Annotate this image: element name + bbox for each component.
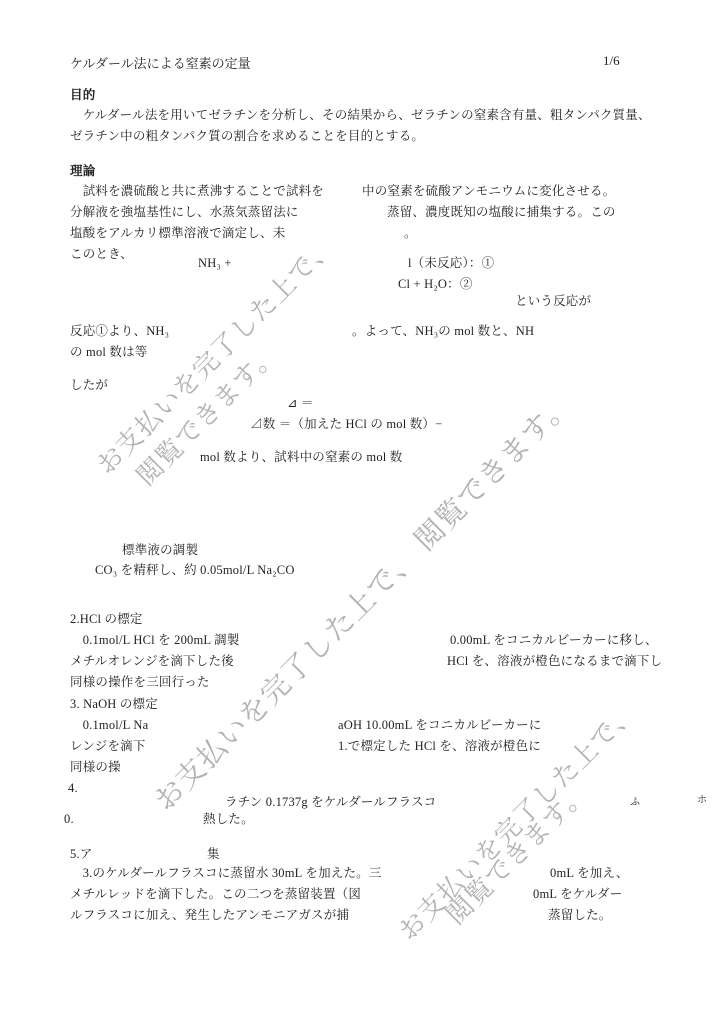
text-fragment: 標準液の調製 bbox=[122, 543, 198, 559]
text-fragment: したが bbox=[70, 378, 108, 394]
text-fragment: 0.00mL をコニカルビーカーに移し、 bbox=[450, 633, 658, 649]
text-fragment: 同様の操 bbox=[70, 760, 121, 776]
page-number: 1/6 bbox=[603, 53, 620, 69]
text-fragment: 理論 bbox=[70, 164, 95, 180]
text-fragment: ラチン 0.1737g をケルダールフラスコ bbox=[225, 795, 436, 811]
text-fragment: ⊿数 ＝（加えた HCl の mol 数）− bbox=[250, 417, 442, 433]
text-fragment: ゼラチン中の粗タンパク質の割合を求めることを目的とする。 bbox=[70, 129, 424, 145]
text-fragment: 中の窒素を硫酸アンモニウムに変化させる。 bbox=[362, 184, 615, 200]
text-fragment: 。 bbox=[404, 226, 417, 242]
text-fragment: 0. bbox=[64, 812, 74, 828]
text-fragment: 集 bbox=[207, 847, 220, 863]
text-fragment: 熱した。 bbox=[203, 812, 254, 828]
text-fragment: 蒸留、濃度既知の塩酸に捕集する。この bbox=[387, 205, 616, 221]
text-fragment: の mol 数は等 bbox=[70, 345, 148, 361]
text-fragment: 目的 bbox=[70, 88, 95, 104]
text-fragment: CO₃ を精秤し、約 0.05mol/L Na₂CO bbox=[95, 563, 295, 579]
document-text-layer: ケルダール法による窒素の定量 1/6 目的 ケルダール法を用いてゼラチンを分析し… bbox=[0, 0, 724, 1024]
text-fragment: 0mL を加え、 bbox=[550, 866, 629, 882]
text-fragment: 2.HCl の標定 bbox=[70, 612, 143, 628]
text-fragment: NH₃ + bbox=[198, 256, 232, 272]
text-fragment: 塩酸をアルカリ標準溶液で滴定し、未 bbox=[70, 226, 285, 242]
text-fragment: レンジを滴下 bbox=[70, 739, 146, 755]
text-fragment: 。よって、NH₃の mol 数と、NH bbox=[352, 324, 534, 340]
text-fragment: 0.1mol/L HCl を 200mL 調製 bbox=[70, 633, 240, 649]
text-fragment: ルフラスコに加え、発生したアンモニアガスが捕 bbox=[70, 908, 349, 924]
text-fragment: l（未反応）：① bbox=[408, 256, 494, 272]
text-fragment: Cl + H₂O：② bbox=[398, 277, 473, 293]
text-fragment: 蒸留した。 bbox=[548, 908, 612, 924]
text-fragment: 4. bbox=[68, 781, 78, 797]
text-fragment: メチルレッドを滴下した。この二つを蒸留装置（図 bbox=[70, 887, 361, 903]
text-fragment: という反応が bbox=[515, 294, 591, 310]
text-fragment: 3.のケルダールフラスコに蒸留水 30mL を加えた。三 bbox=[70, 866, 382, 882]
text-fragment: 0mL をケルダー bbox=[533, 887, 622, 903]
text-fragment: 0.1mol/L Na bbox=[70, 718, 148, 734]
text-fragment: mol 数より、試料中の窒素の mol 数 bbox=[200, 450, 402, 466]
document-page: お支払いを完了した上で、閲覧できます。お支払いを完了した上で、 閲覧できます。お… bbox=[0, 0, 724, 1024]
text-fragment: ホ bbox=[697, 795, 707, 808]
text-fragment: ケルダール法を用いてゼラチンを分析し、その結果から、ゼラチンの窒素含有量、粗タン… bbox=[70, 108, 651, 124]
text-fragment: ふ bbox=[630, 797, 640, 810]
text-fragment: 同様の操作を三回行った bbox=[70, 675, 210, 691]
text-fragment: 反応①より、NH₃ bbox=[70, 324, 169, 340]
document-title: ケルダール法による窒素の定量 bbox=[70, 53, 251, 72]
text-fragment: 3. NaOH の標定 bbox=[70, 697, 158, 713]
text-fragment: このとき、 bbox=[70, 247, 133, 263]
text-fragment: 分解液を強塩基性にし、水蒸気蒸留法に bbox=[70, 205, 299, 221]
text-fragment: 試料を濃硫酸と共に煮沸することで試料を bbox=[70, 184, 324, 200]
text-fragment: 5.ア bbox=[70, 847, 92, 863]
text-fragment: aOH 10.00mL をコニカルビーカーに bbox=[338, 718, 542, 734]
text-fragment: HCl を、溶液が橙色になるまで滴下し bbox=[447, 654, 662, 670]
text-fragment: メチルオレンジを滴下した後 bbox=[70, 654, 234, 670]
text-fragment: 1.で標定した HCl を、溶液が橙色に bbox=[338, 739, 541, 755]
text-fragment: ⊿ ＝ bbox=[287, 396, 314, 412]
